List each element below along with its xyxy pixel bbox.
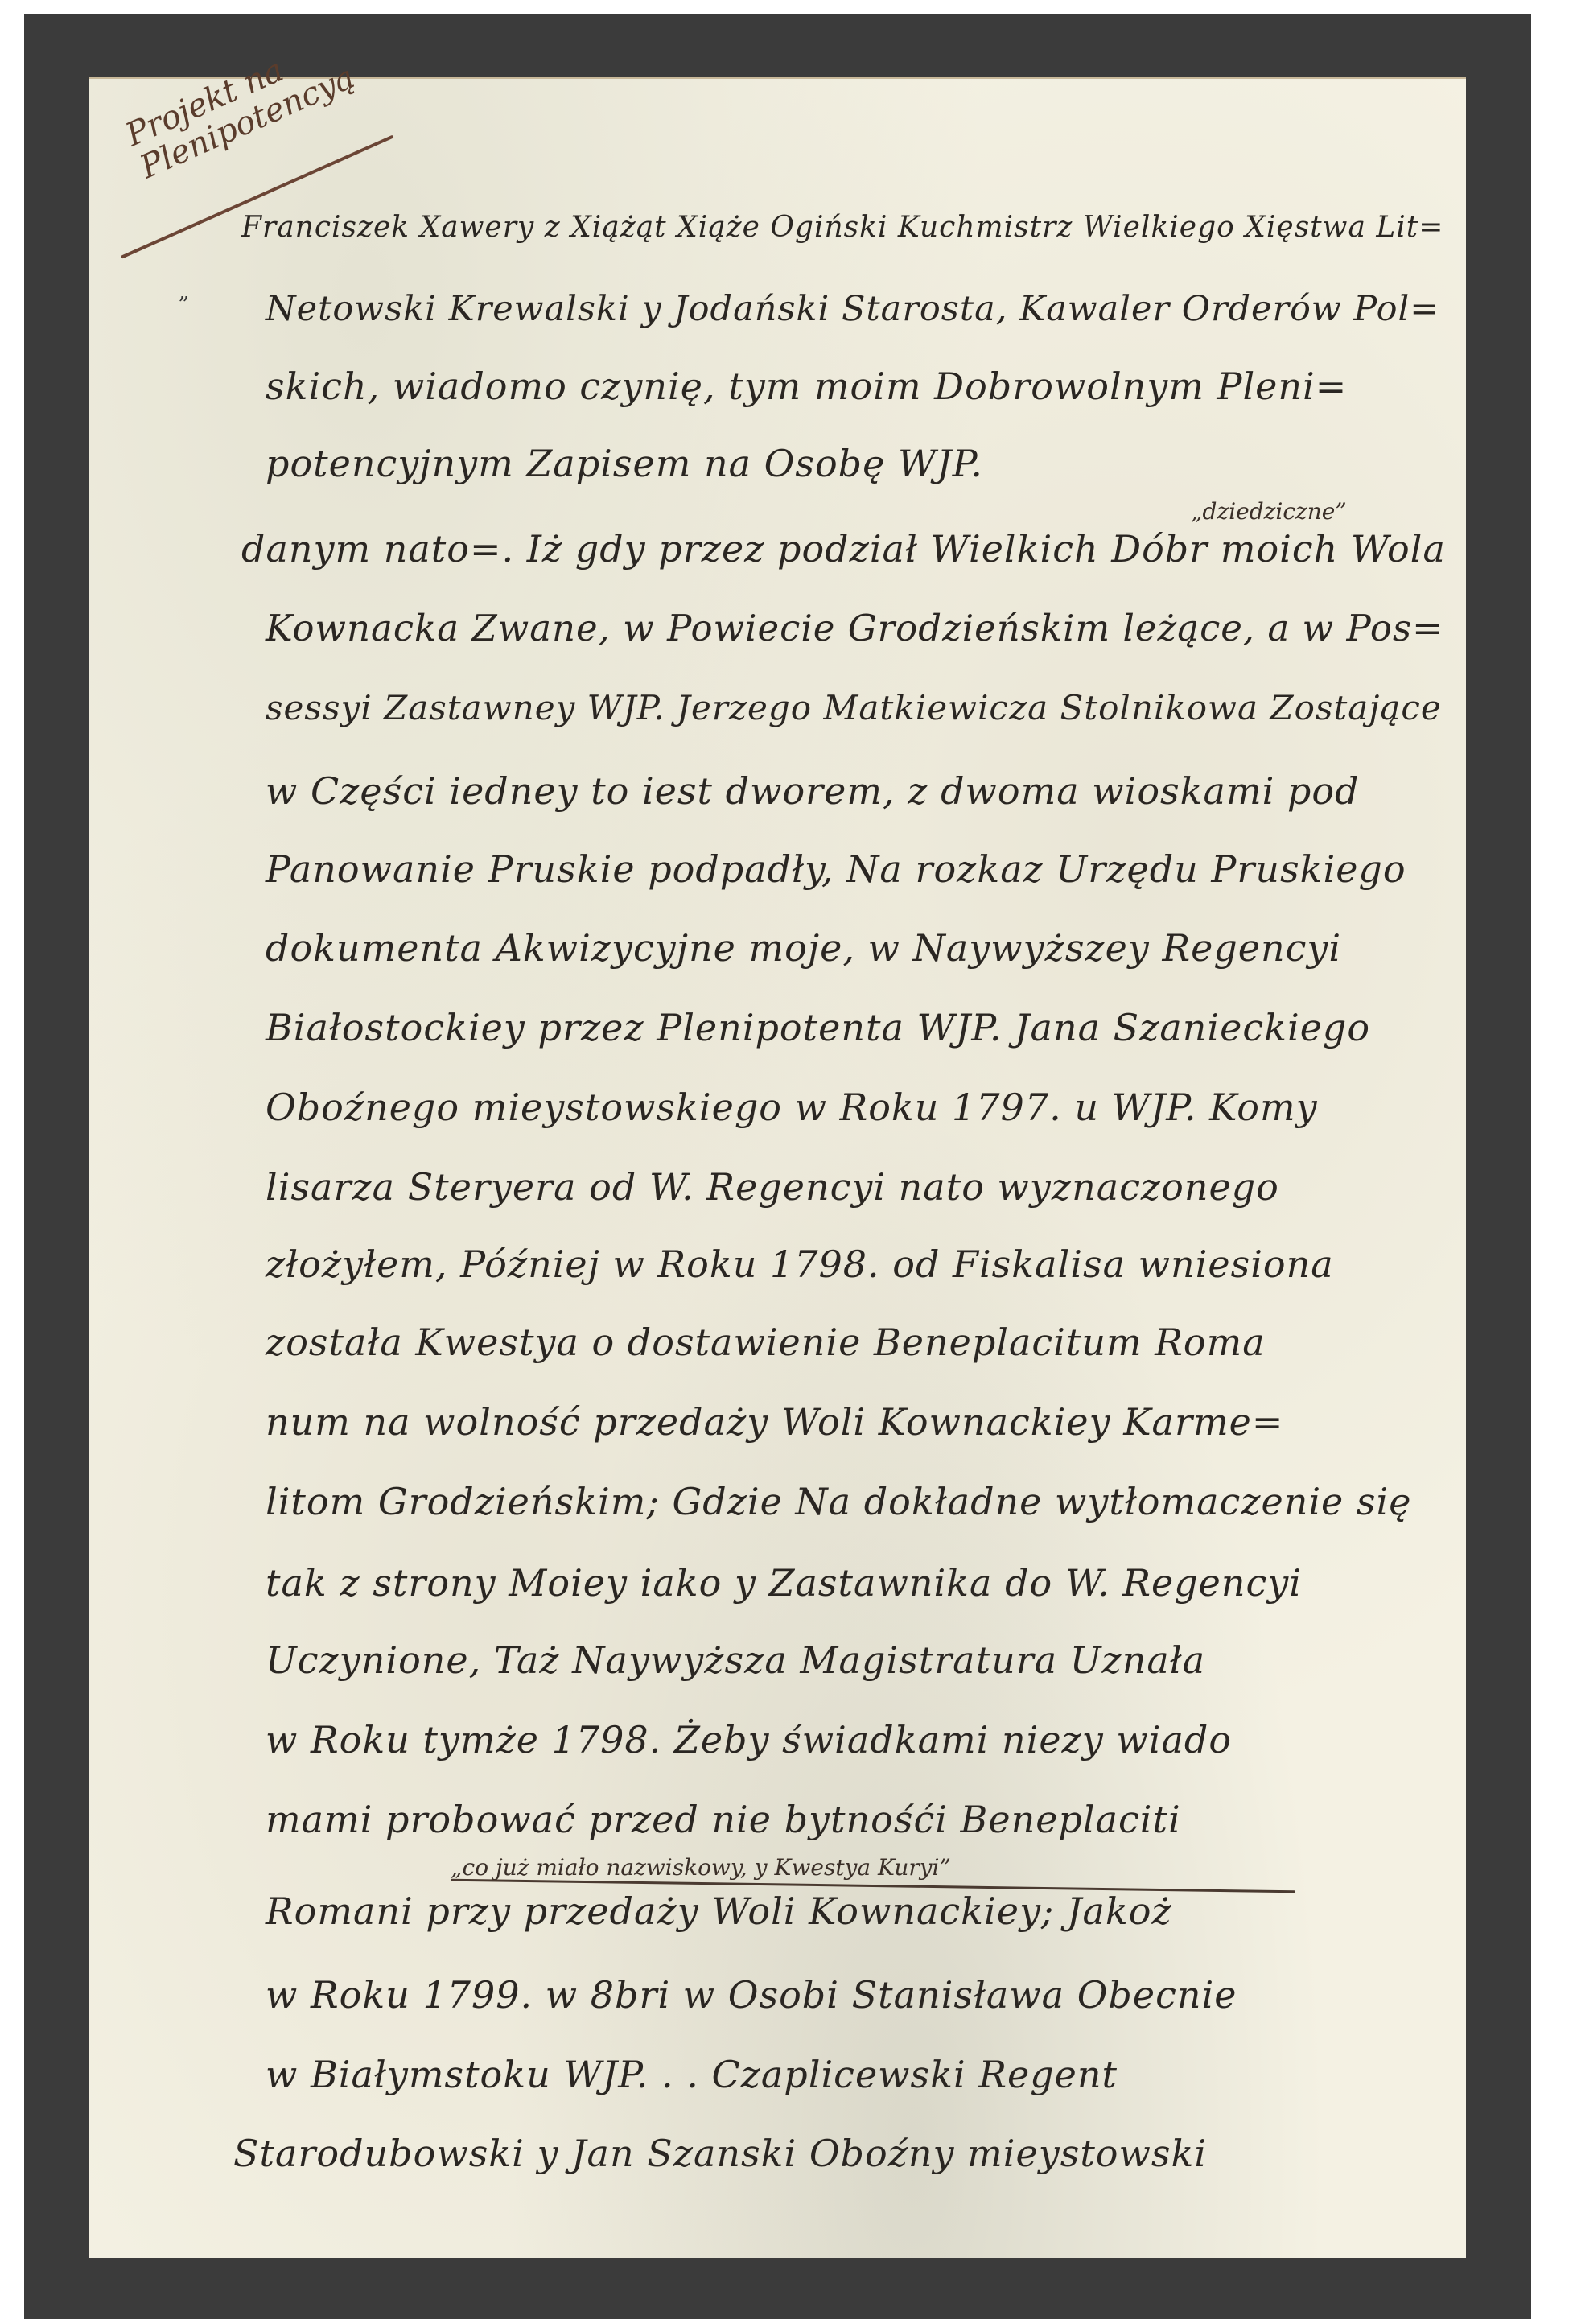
manuscript-line: Franciszek Xawery z Xiążąt Xiąże Ogiński… [0, 211, 1577, 275]
manuscript-line-text: w Części iedney to iest dworem, z dwoma … [266, 769, 1360, 813]
manuscript-line: Romani przy przedaży Woli Kownackiey; Ja… [0, 1889, 1577, 1954]
manuscript-line: Panowanie Pruskie podpadły, Na rozkaz Ur… [0, 847, 1577, 912]
manuscript-line: lisarza Steryera od W. Regencyi nato wyz… [0, 1165, 1577, 1230]
manuscript-line: złożyłem, Później w Roku 1798. od Fiskal… [0, 1242, 1577, 1307]
manuscript-line-text: w Roku 1799. w 8bri w Osobi Stanisława O… [266, 1973, 1237, 2017]
manuscript-line-text: Kownacka Zwane, w Powiecie Grodzieńskim … [266, 607, 1443, 649]
manuscript-line: potencyjnym Zapisem na Osobę WJP. [0, 442, 1577, 506]
manuscript-line-text: Oboźnego mieystowskiego w Roku 1797. u W… [266, 1086, 1318, 1129]
manuscript-line-text: lisarza Steryera od W. Regencyi nato wyz… [266, 1165, 1279, 1209]
manuscript-line-text: w Roku tymże 1798. Żeby świadkami niezy … [266, 1718, 1232, 1762]
manuscript-line-text: litom Grodzieńskim; Gdzie Na dokładne wy… [266, 1480, 1411, 1523]
manuscript-line-text: potencyjnym Zapisem na Osobę WJP. [266, 442, 983, 485]
manuscript-line-text: sessyi Zastawney WJP. Jerzego Matkiewicz… [266, 688, 1442, 727]
manuscript-line-text: została Kwestya o dostawienie Beneplacit… [266, 1321, 1266, 1364]
manuscript-line: Netowski Krewalski y Jodański Starosta, … [0, 289, 1577, 353]
manuscript-line: num na wolność przedaży Woli Kownackiey … [0, 1400, 1577, 1465]
manuscript-line-text: danym nato=. Iż gdy przez podział Wielki… [241, 527, 1446, 571]
manuscript-line: Uczynione, Taż Naywyższa Magistratura Uz… [0, 1638, 1577, 1703]
manuscript-line: została Kwestya o dostawienie Beneplacit… [0, 1321, 1577, 1385]
manuscript-line-text: Panowanie Pruskie podpadły, Na rozkaz Ur… [266, 847, 1406, 891]
manuscript-line: danym nato=. Iż gdy przez podział Wielki… [0, 527, 1577, 591]
manuscript-line: sessyi Zastawney WJP. Jerzego Matkiewicz… [0, 688, 1577, 752]
manuscript-line-text: Białostockiey przez Plenipotenta WJP. Ja… [266, 1006, 1370, 1049]
superscript-note: „dziedziczne” [1191, 498, 1347, 525]
interlinear-note: „co już miało nazwiskowy, y Kwestya Kury… [451, 1854, 951, 1881]
manuscript-line-text: num na wolność przedaży Woli Kownackiey … [266, 1400, 1283, 1444]
manuscript-line-text: Romani przy przedaży Woli Kownackiey; Ja… [266, 1889, 1172, 1933]
manuscript-line: skich, wiadomo czynię, tym moim Dobrowol… [0, 365, 1577, 429]
manuscript-line-text: Franciszek Xawery z Xiążąt Xiąże Ogiński… [241, 211, 1443, 244]
manuscript-line-text: Netowski Krewalski y Jodański Starosta, … [266, 289, 1439, 329]
manuscript-line-text: tak z strony Moiey iako y Zastawnika do … [266, 1561, 1302, 1605]
manuscript-line: Kownacka Zwane, w Powiecie Grodzieńskim … [0, 607, 1577, 671]
manuscript-line-text: Uczynione, Taż Naywyższa Magistratura Uz… [266, 1638, 1205, 1682]
manuscript-line: Białostockiey przez Plenipotenta WJP. Ja… [0, 1006, 1577, 1070]
manuscript-line-text: mami probować przed nie bytnośći Benepla… [266, 1798, 1181, 1841]
manuscript-line: dokumenta Akwizycyjne moje, w Naywyższey… [0, 926, 1577, 991]
manuscript-line: Starodubowski y Jan Szanski Oboźny mieys… [0, 2132, 1577, 2196]
manuscript-line: litom Grodzieńskim; Gdzie Na dokładne wy… [0, 1480, 1577, 1544]
manuscript-line-text: w Białymstoku WJP. . . Czaplicewski Rege… [266, 2053, 1118, 2096]
manuscript-line-text: skich, wiadomo czynię, tym moim Dobrowol… [266, 365, 1347, 408]
manuscript-line: mami probować przed nie bytnośći Benepla… [0, 1798, 1577, 1862]
manuscript-line: w Roku tymże 1798. Żeby świadkami niezy … [0, 1718, 1577, 1782]
manuscript-line: w Roku 1799. w 8bri w Osobi Stanisława O… [0, 1973, 1577, 2038]
manuscript-line: w Białymstoku WJP. . . Czaplicewski Rege… [0, 2053, 1577, 2117]
manuscript-line: tak z strony Moiey iako y Zastawnika do … [0, 1561, 1577, 1626]
manuscript-line-text: dokumenta Akwizycyjne moje, w Naywyższey… [266, 926, 1341, 970]
manuscript-line-text: złożyłem, Później w Roku 1798. od Fiskal… [266, 1242, 1334, 1286]
manuscript-line: Oboźnego mieystowskiego w Roku 1797. u W… [0, 1086, 1577, 1150]
manuscript-line: w Części iedney to iest dworem, z dwoma … [0, 769, 1577, 834]
manuscript-line-text: Starodubowski y Jan Szanski Oboźny mieys… [233, 2132, 1207, 2175]
